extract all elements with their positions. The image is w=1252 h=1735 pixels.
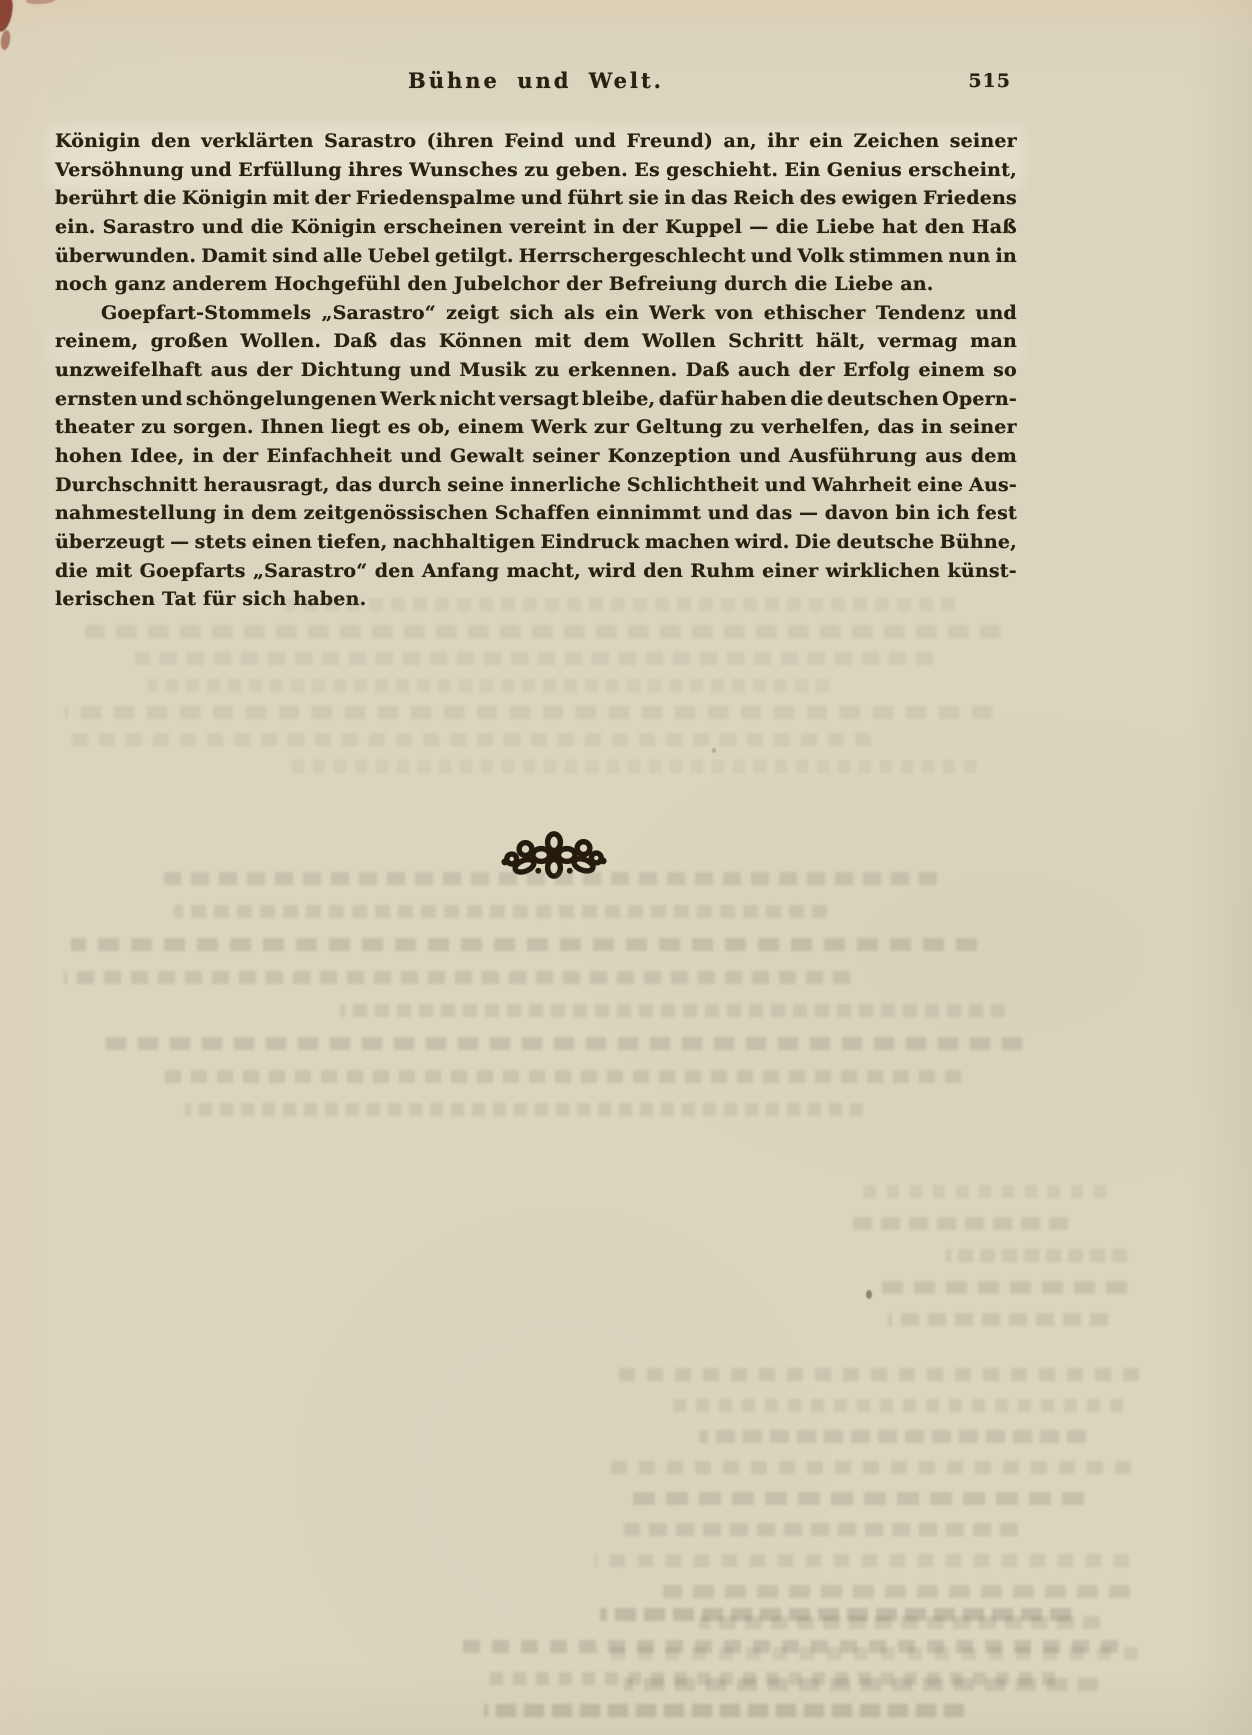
body-text: KönigindenverklärtenSarastro(ihrenFeindu… xyxy=(55,130,1017,617)
page-header: Bühne und Welt. 515 xyxy=(55,68,1017,98)
binding-stain xyxy=(0,29,11,50)
text-line: ernstenundschöngelungenenWerknichtversag… xyxy=(55,388,1017,417)
text-line: hohenIdee,inderEinfachheitundGewaltseine… xyxy=(55,445,1017,474)
ghost-text-region xyxy=(55,872,1040,1136)
text-line: überwunden.DamitsindalleUebelgetilgt.Her… xyxy=(55,245,1017,274)
binding-stain xyxy=(0,0,16,33)
text-line: nahmestellungindemzeitgenössischenSchaff… xyxy=(55,502,1017,531)
text-line: ein.SarastrounddieKöniginerscheinenverei… xyxy=(55,216,1017,245)
running-title: Bühne und Welt. xyxy=(55,68,1017,93)
text-line: diemitGoepfarts„Sarastro“denAnfangmacht,… xyxy=(55,560,1017,589)
text-line: Goepfart-Stommels„Sarastro“zeigtsichalse… xyxy=(55,302,1017,331)
floral-ornament-icon xyxy=(495,826,613,886)
text-line: noch ganz anderem Hochgefühl den Jubelch… xyxy=(55,273,1017,302)
text-line: lerischen Tat für sich haben. xyxy=(55,588,1017,617)
ghost-text-region xyxy=(60,598,1015,787)
text-line: unzweifelhaftausderDichtungundMusikzuerk… xyxy=(55,359,1017,388)
binding-stain xyxy=(26,0,56,5)
ghost-text-region xyxy=(845,1185,1135,1345)
ink-speck xyxy=(712,748,716,753)
ink-speck xyxy=(866,1290,872,1299)
page-number: 515 xyxy=(968,70,1011,92)
text-line: berührtdieKöniginmitderFriedenspalmeundf… xyxy=(55,187,1017,216)
book-page: Bühne und Welt. 515 Königindenverklärten… xyxy=(0,0,1252,1735)
text-line: reinem,großenWollen.DaßdasKönnenmitdemWo… xyxy=(55,330,1017,359)
text-line: VersöhnungundErfüllungihresWunscheszugeb… xyxy=(55,159,1017,188)
ghost-text-region xyxy=(430,1608,1145,1735)
text-line: theaterzusorgen.Ihnenliegtesob,einemWerk… xyxy=(55,416,1017,445)
text-line: überzeugt—stetseinentiefen,nachhaltigenE… xyxy=(55,531,1017,560)
text-line: KönigindenverklärtenSarastro(ihrenFeindu… xyxy=(55,130,1017,159)
ghost-text-region xyxy=(595,1368,1140,1709)
text-line: Durchschnittherausragt,dasdurchseineinne… xyxy=(55,474,1017,503)
